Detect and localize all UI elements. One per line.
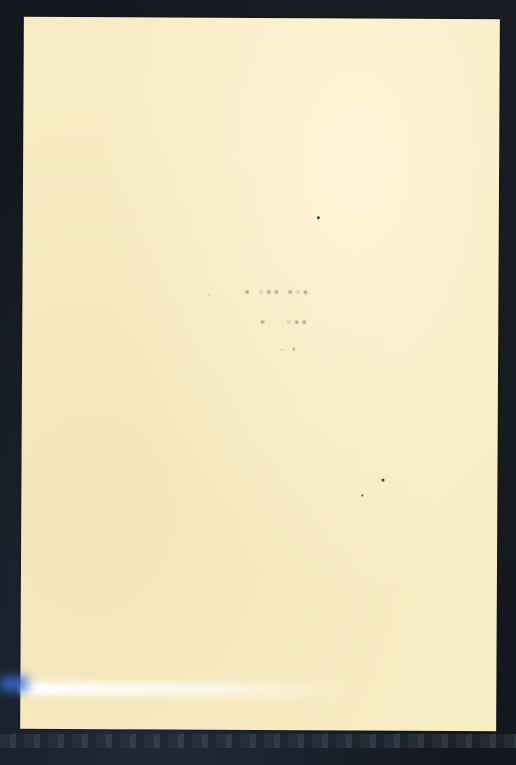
blue-light-reflection (0, 676, 28, 692)
paper-card: . ▪ ▫▪▪ ▪▫▪ ▪ ▫▪▪ - ▪ (20, 17, 500, 731)
faint-bleed-through-mark: - ▪ (280, 344, 298, 355)
speck (361, 495, 363, 497)
speck (381, 479, 384, 482)
faint-bleed-through-mark: ▪ ▫▪▪ (260, 314, 309, 330)
light-glare (20, 682, 350, 698)
speck (317, 216, 320, 219)
scanner-edge (0, 734, 516, 748)
faint-bleed-through-mark: . ▪ ▫▪▪ ▪▫▪ (207, 284, 310, 301)
